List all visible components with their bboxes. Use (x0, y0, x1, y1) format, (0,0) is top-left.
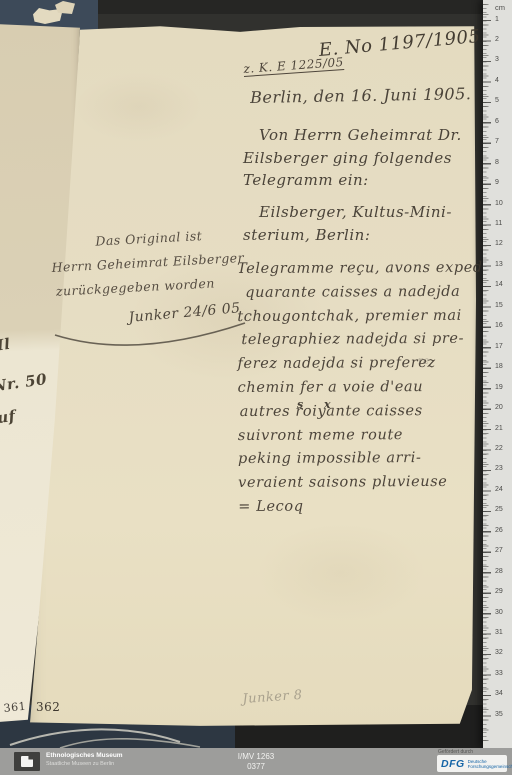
telegram-line: tchougontchak, premier mai (237, 307, 497, 332)
signature-flourish (40, 305, 255, 360)
telegram-line: quarante caisses a nadejda (245, 283, 497, 308)
page-number: 362 (36, 700, 60, 714)
telegram-line: = Lecoq (238, 498, 498, 523)
ruler-number: 7 (495, 137, 510, 147)
telegram-line: telegraphiez nadejda si pre- (241, 331, 497, 356)
ruler-number: 28 (495, 567, 510, 577)
background-top-band (90, 0, 512, 14)
ruler-number: 33 (495, 669, 510, 679)
ruler-number: 1 (495, 15, 510, 25)
telegram-line: veraient saisons pluvieuse (238, 474, 498, 499)
inline-correction: s x (297, 398, 331, 411)
ruler-unit-label: cm (495, 3, 505, 12)
ruler-number: 14 (495, 280, 510, 290)
museum-title-block: Ethnologisches Museum Staatliche Museen … (46, 752, 123, 768)
telegram-line: Telegramme reçu, avons expedie (237, 260, 497, 285)
telegram-text: Telegramme reçu, avons expediequarante c… (237, 260, 499, 523)
ruler-number: 15 (495, 301, 510, 311)
ruler-number: 20 (495, 403, 510, 413)
ruler-number: 16 (495, 321, 510, 331)
intro-line: Telegramm ein: (243, 171, 462, 194)
image-number: 0377 (196, 762, 316, 772)
ruler-number: 8 (495, 158, 510, 168)
intro-paragraph: Von Herrn Geheimrat Dr.Eilsberger ging f… (243, 126, 462, 194)
ruler-number: 18 (495, 362, 510, 372)
dfg-logo: DFG Deutsche Forschungsgemeinschaft (437, 755, 507, 772)
telegram-line: autres roiyante caisses (240, 402, 498, 427)
edge-fragment: Ml (0, 330, 42, 355)
previous-page-number: 361 (3, 700, 27, 715)
museum-name: Ethnologisches Museum (46, 752, 123, 760)
margin-note: Das Original istHerrn Geheimrat Eilsberg… (50, 226, 246, 308)
telegram-line: chemin fer a voie d'eau (238, 379, 498, 404)
ruler-number: 11 (495, 219, 510, 229)
ruler-number: 29 (495, 587, 510, 597)
inventory-block: I/MV 1263 0377 (196, 752, 316, 771)
museum-logo (14, 752, 40, 771)
scanned-document-view: E. No 1197/1905. z. K. E 1225/05 Berlin,… (0, 0, 512, 775)
edge-fragment: Nr. 50 (0, 370, 48, 395)
ruler-number: 6 (495, 117, 510, 127)
ruler-number: 5 (495, 96, 510, 106)
ruler-number: 21 (495, 424, 510, 434)
ruler-number: 31 (495, 628, 510, 638)
ruler-number: 13 (495, 260, 510, 270)
museum-subtitle: Staatliche Museen zu Berlin (46, 760, 123, 768)
ruler-number: 12 (495, 239, 510, 249)
ruler-number: 34 (495, 689, 510, 699)
museum-logo-icon (21, 756, 33, 767)
ruler-number: 25 (495, 505, 510, 515)
ruler-number: 3 (495, 55, 510, 65)
ruler-number: 24 (495, 485, 510, 495)
telegram-line: peking impossible arri- (238, 450, 498, 475)
ruler-number: 2 (495, 35, 510, 45)
ruler-number: 4 (495, 76, 510, 86)
cm-ruler: cm 1234567891011121314151617181920212223… (483, 0, 512, 748)
ruler-number: 22 (495, 444, 510, 454)
ruler-number: 9 (495, 178, 510, 188)
ruler-number: 30 (495, 608, 510, 618)
dfg-acronym: DFG (441, 758, 465, 770)
ruler-number: 26 (495, 526, 510, 536)
addressee-line: sterium, Berlin: (243, 226, 452, 249)
telegram-line: suivront meme route (238, 426, 498, 451)
intro-line: Eilsberger ging folgendes (243, 149, 462, 172)
inventory-number: I/MV 1263 (196, 752, 316, 762)
telegram-line: ferez nadejda si preferez (237, 355, 497, 380)
intro-line: Von Herrn Geheimrat Dr. (259, 126, 462, 149)
ruler-number: 19 (495, 383, 510, 393)
ruler-number: 10 (495, 199, 510, 209)
addressee-line: Eilsberger, Kultus-Mini- (259, 203, 452, 226)
dateline: Berlin, den 16. Juni 1905. (250, 84, 472, 107)
footer-bar: Ethnologisches Museum Staatliche Museen … (0, 748, 512, 775)
addressee-paragraph: Eilsberger, Kultus-Mini-sterium, Berlin: (243, 203, 452, 249)
ruler-number: 23 (495, 464, 510, 474)
ruler-number: 32 (495, 648, 510, 658)
pencil-superscript: re (418, 356, 430, 367)
dfg-full-name: Deutsche Forschungsgemeinschaft (468, 759, 512, 769)
ruler-number: 17 (495, 342, 510, 352)
ruler-number: 35 (495, 710, 510, 720)
ruler-number: 27 (495, 546, 510, 556)
